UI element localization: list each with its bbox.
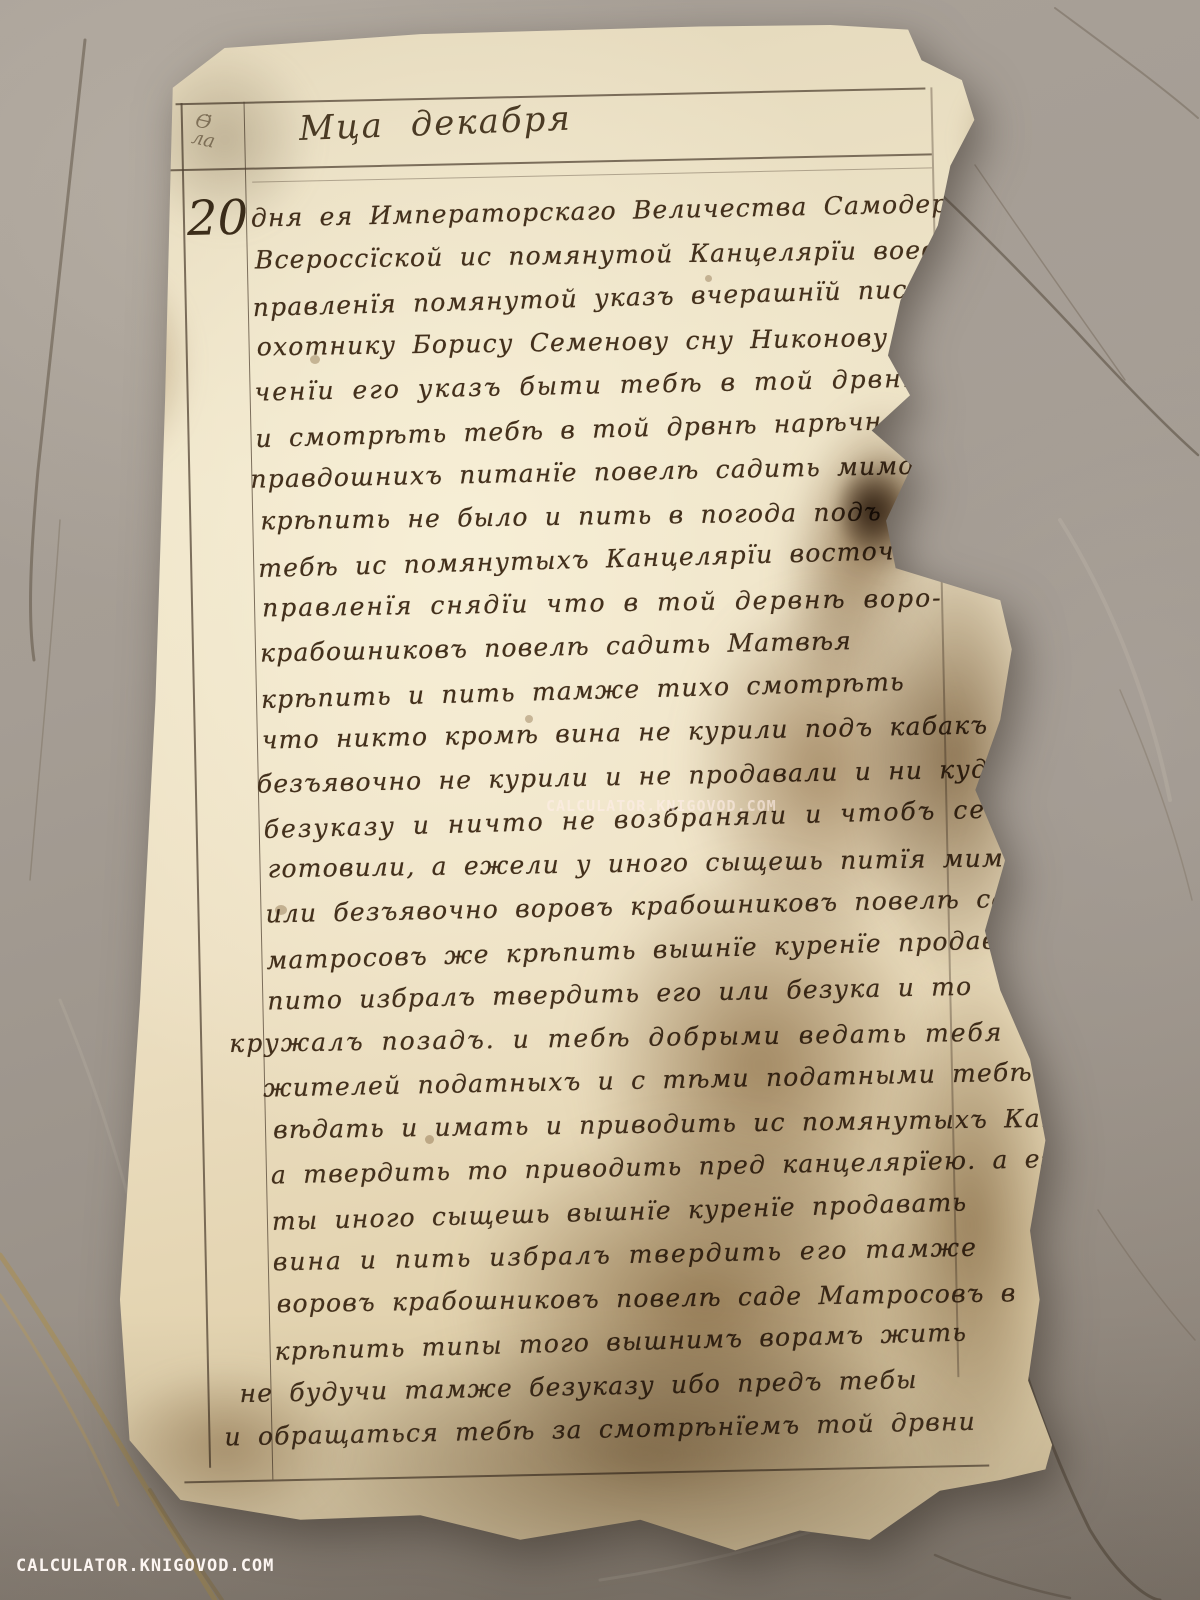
manuscript-page: Ѳ̈ ла Мца декабря 20 дня ея Императорска… — [95, 25, 1055, 1555]
fox-spot — [525, 715, 533, 723]
page-title: Мца декабря — [298, 99, 572, 149]
watermark-bottom-left: CALCULATOR.KNIGOVOD.COM — [16, 1556, 274, 1576]
archival-margin-mark: Ѳ̈ ла — [190, 112, 237, 154]
fox-spot — [275, 905, 287, 915]
entry-day-number: 20 — [186, 190, 248, 247]
frame-line-header-double — [252, 167, 932, 182]
fox-spot — [705, 275, 712, 282]
frame-line-bottom — [184, 1464, 989, 1483]
photo-of-manuscript: Ѳ̈ ла Мца декабря 20 дня ея Императорска… — [0, 0, 1200, 1600]
manuscript-text: дня ея Императорскаго Величества Самодер… — [251, 189, 983, 1465]
fox-spot — [310, 355, 320, 364]
watermark-center: CALCULATOR.KNIGOVOD.COM — [546, 797, 777, 815]
frame-line-left-outer — [181, 103, 212, 1468]
fox-spot — [425, 1135, 434, 1144]
